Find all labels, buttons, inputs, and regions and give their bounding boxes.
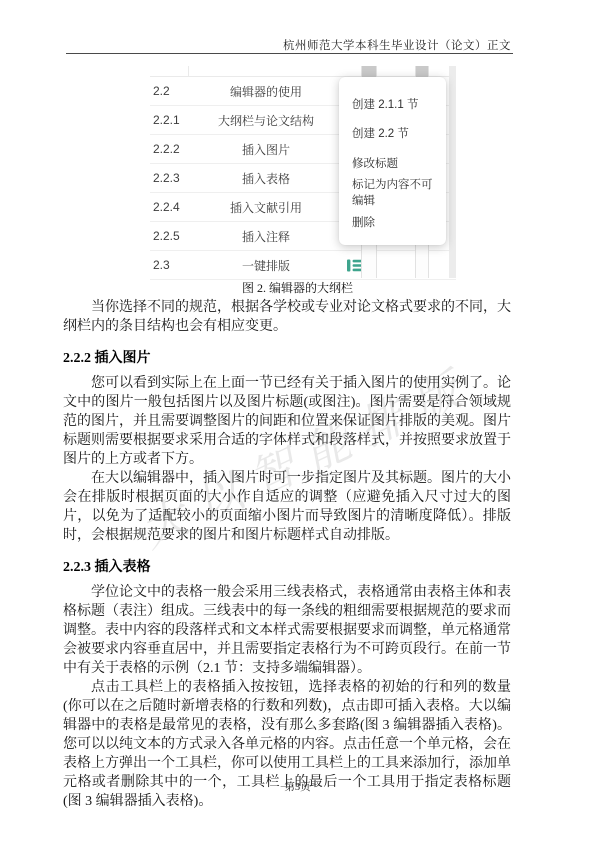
background-fragment-cap (362, 66, 376, 77)
column-divider (188, 66, 189, 76)
figure-outline-screenshot: 2.2 编辑器的使用 2.2.1 大纲栏与论文结构 2.2.2 插入图片 2.2… (150, 66, 456, 278)
outline-row-number: 2.2.3 (150, 171, 191, 185)
paragraph: 您可以看到实际上在上面一节已经有关于插入图片的使用实例了。论文中的图片一般包括图… (63, 374, 511, 469)
outline-partial-row (150, 66, 456, 77)
figure-caption: 图 2. 编辑器的大纲栏 (0, 279, 595, 296)
outline-row-title: 插入注释 (191, 228, 341, 245)
page-number: 第3页 (0, 779, 595, 794)
menu-item-mark-readonly: 标记为内容不可编辑 (339, 178, 446, 208)
outline-row-title: 插入表格 (191, 170, 341, 187)
outline-row-number: 2.2 (150, 84, 191, 98)
outline-row-title: 一键排版 (191, 257, 341, 274)
menu-item-edit-title: 修改标题 (339, 148, 446, 178)
background-fragment (449, 66, 456, 278)
document-page: 杭州师范大学本科生毕业设计（论文）正文 2.2 编辑器的使用 2.2.1 大纲栏… (0, 0, 595, 842)
outline-context-menu: 创建 2.1.1 节 创建 2.2 节 修改标题 标记为内容不可编辑 删除 (339, 77, 446, 245)
outline-row-number: 2.3 (150, 258, 191, 272)
outline-row-number: 2.2.4 (150, 200, 191, 214)
outline-row-number: 2.2.5 (150, 229, 191, 243)
menu-item-delete: 删除 (339, 207, 446, 237)
outline-row-number: 2.2.1 (150, 113, 191, 127)
outline-row-title: 大纲栏与论文结构 (191, 112, 341, 129)
document-body: 当你选择不同的规范，根据各学校或专业对论文格式要求的不同，大纲栏内的条目结构也会… (63, 298, 511, 811)
outline-row-number: 2.2.2 (150, 142, 191, 156)
outline-row-title: 编辑器的使用 (191, 83, 341, 100)
menu-item-create-section: 创建 2.1.1 节 (339, 89, 446, 119)
section-heading-223: 2.2.3 插入表格 (63, 558, 511, 577)
header-rule (66, 53, 513, 54)
outline-row-title: 插入文献引用 (191, 199, 341, 216)
menu-item-create-section: 创建 2.2 节 (339, 119, 446, 149)
outline-row-title: 插入图片 (191, 141, 341, 158)
section-heading-222: 2.2.2 插入图片 (63, 349, 511, 368)
paragraph: 当你选择不同的规范，根据各学校或专业对论文格式要求的不同，大纲栏内的条目结构也会… (63, 298, 511, 336)
outline-row: 2.3 一键排版 (150, 251, 456, 280)
paragraph: 学位论文中的表格一般会采用三线表格式，表格通常由表格主体和表格标题（表注）组成。… (63, 583, 511, 678)
background-fragment-cap (416, 66, 428, 77)
page-header-title: 杭州师范大学本科生毕业设计（论文）正文 (283, 37, 511, 53)
paragraph: 在大以编辑器中，插入图片时可一步指定图片及其标题。图片的大小会在排版时根据页面的… (63, 469, 511, 545)
